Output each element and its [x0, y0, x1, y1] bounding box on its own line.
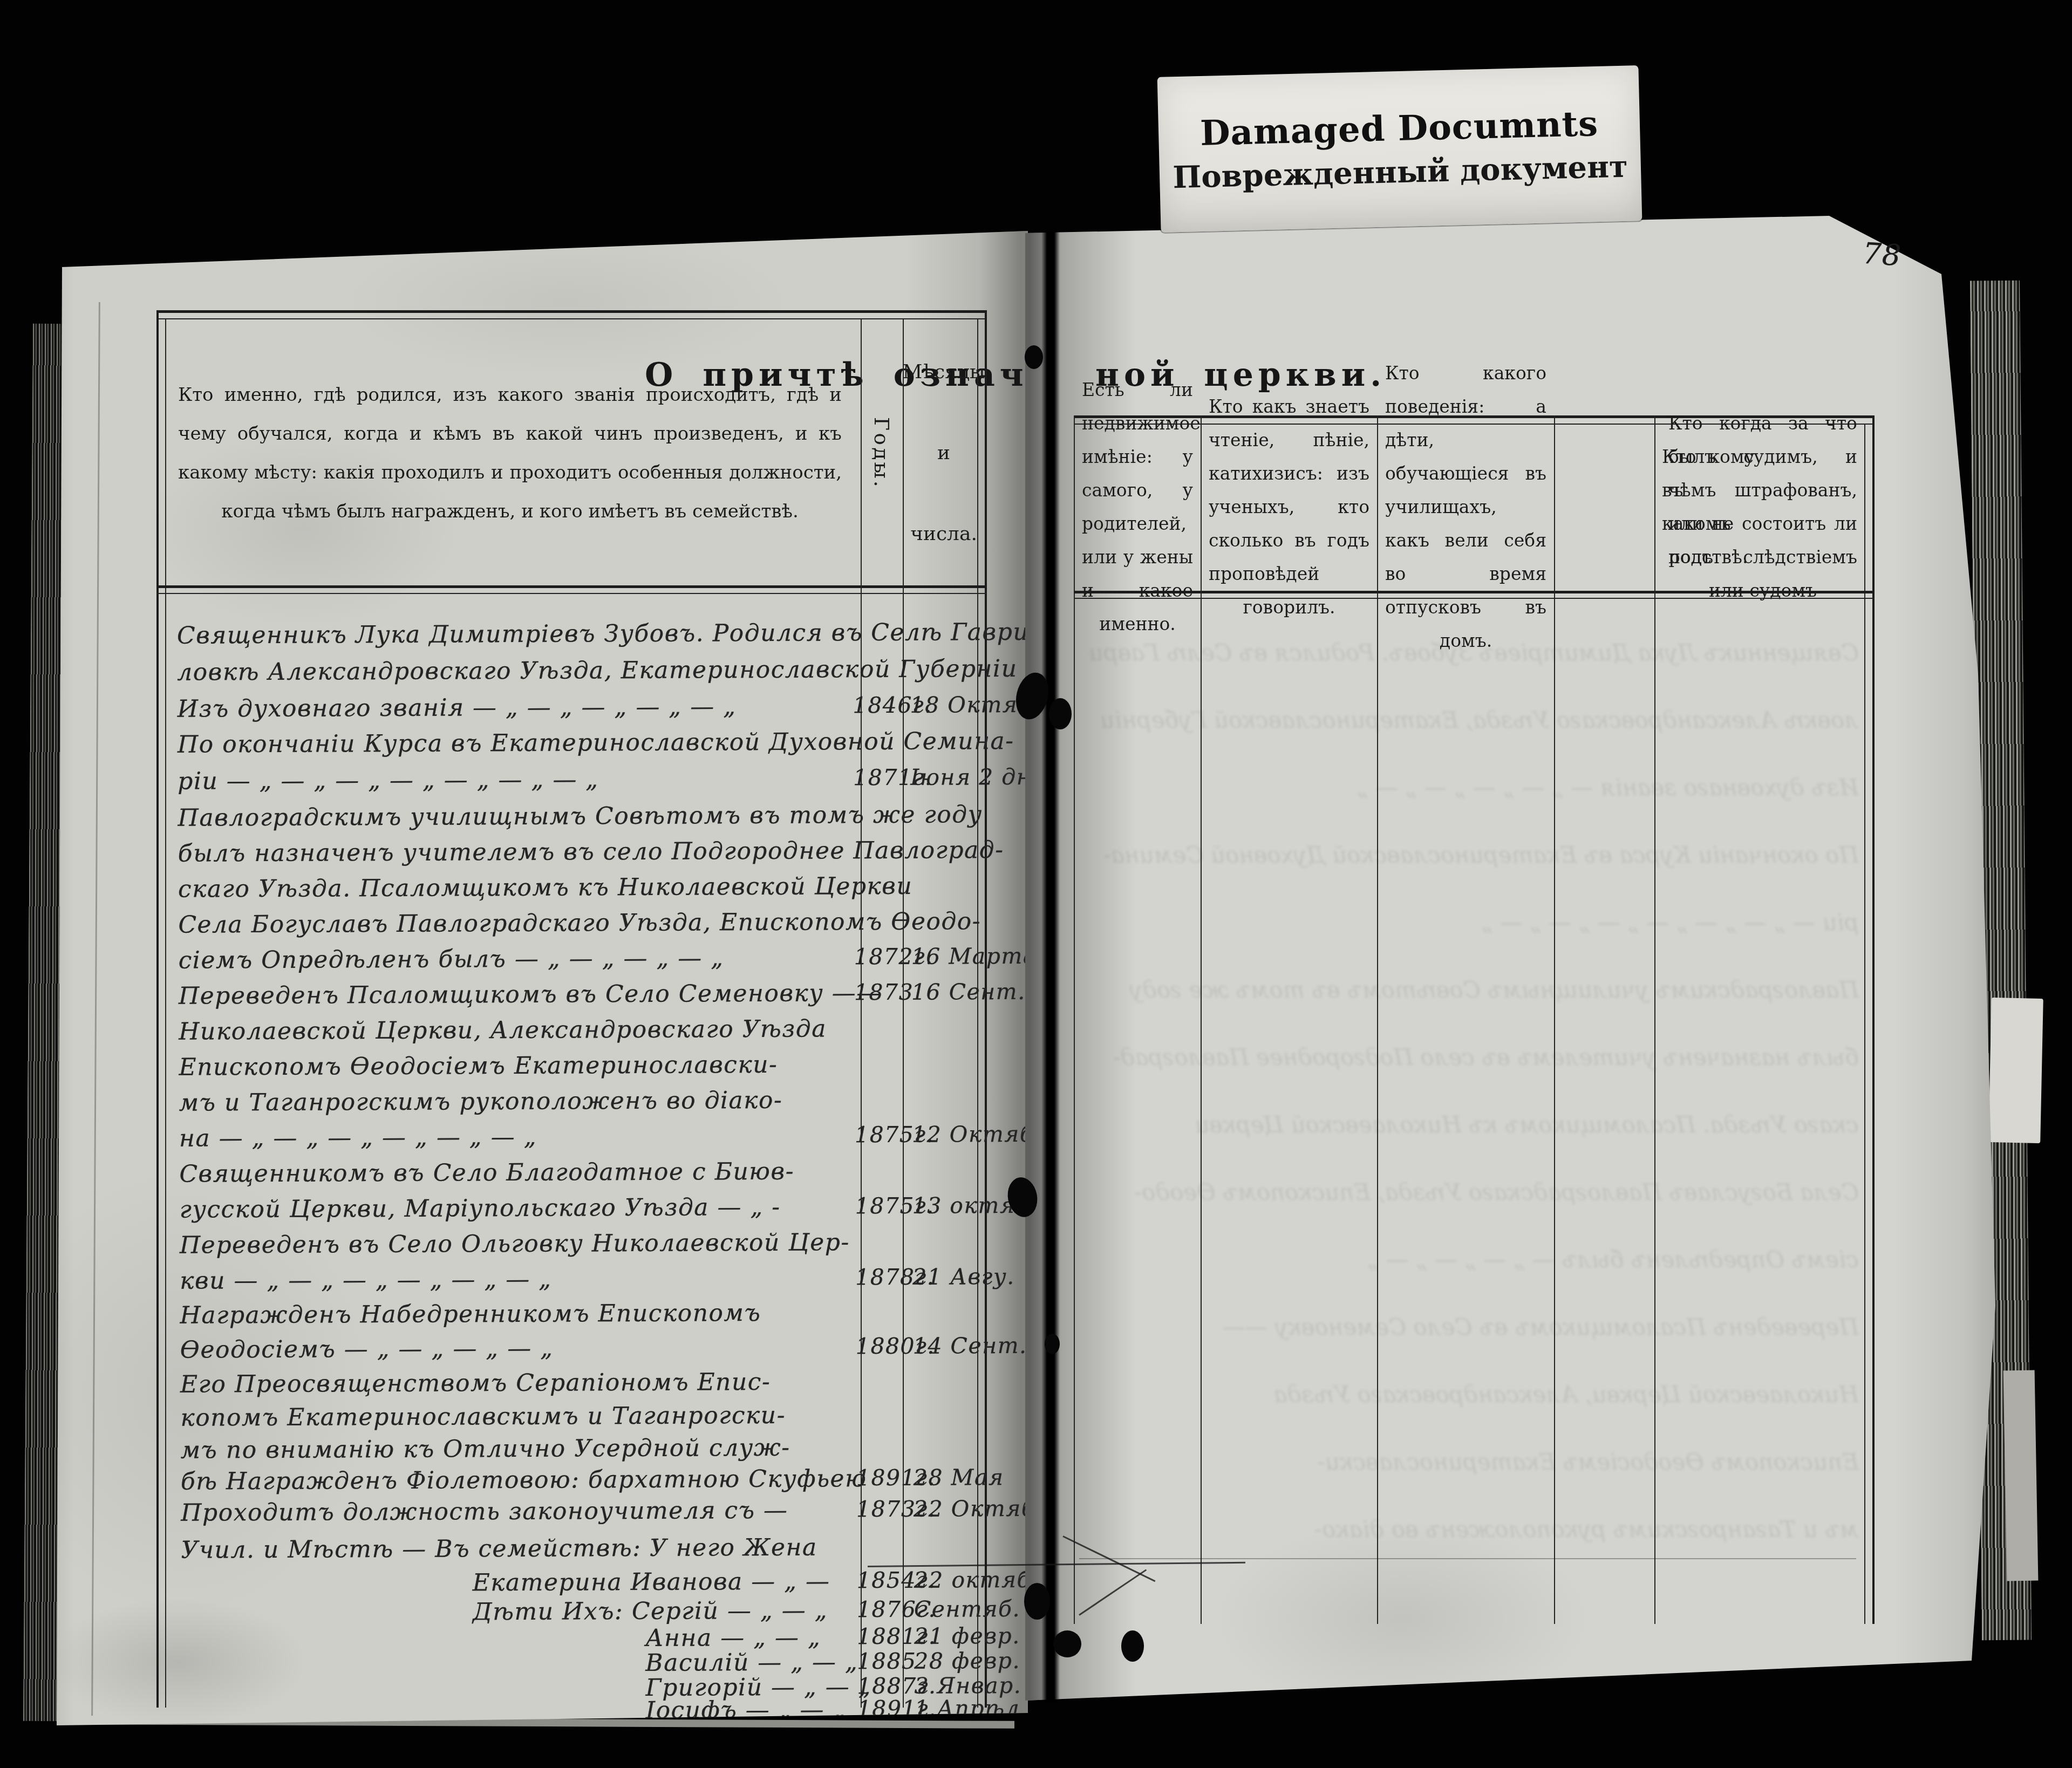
entry-text: Екатерина Иванова — „ — — [473, 1567, 830, 1596]
entry-text: Павлоградскимъ училищнымъ Совѣтомъ въ то… — [178, 801, 982, 832]
entry-date: 28 февр. — [914, 1648, 1020, 1674]
bleedthrough-text: Священникъ Лука Димитріевъ Зубовъ. Родил… — [1087, 639, 1859, 666]
rp-col-rule-4 — [1654, 415, 1655, 1624]
damaged-documents-label: Damaged Documnts Поврежденный документ — [1157, 65, 1642, 233]
entry-text: Священникомъ въ Село Благодатное с Биюв- — [179, 1158, 794, 1188]
folio-number: 78 — [1862, 236, 1903, 273]
bleedthrough-text: Епископомъ Ѳеодосіемъ Екатеринославски- — [1087, 1449, 1859, 1475]
binding-hole — [1024, 1583, 1050, 1620]
bleedthrough-text: ріи — „ — „ — „ — „ — „ — „ — „ — [1087, 909, 1859, 936]
left-page: О причтѣ означен Кто именно, гдѣ родился… — [0, 0, 1028, 1768]
entry-text: По окончаніи Курса въ Екатеринославской … — [178, 727, 1014, 759]
bleedthrough-text: Села Богуславъ Павлоградскаго Уѣзда, Епи… — [1087, 1179, 1859, 1205]
page-edge-sliver — [2003, 1370, 2039, 1581]
entry-text: Его Преосвященствомъ Серапіономъ Епис- — [180, 1368, 771, 1398]
register-line: Іосифъ — „ — „1891г.1 Апрѣл. — [4, 1695, 1029, 1738]
entry-text: Василій — „ — „ — [645, 1648, 858, 1677]
entry-date: 28 Мая — [914, 1464, 1004, 1491]
entry-text: Награжденъ Набедренникомъ Епископомъ — [180, 1299, 761, 1329]
rp-col-rule-2 — [1377, 415, 1378, 1624]
entry-text: ріи — „ — „ — „ — „ — „ — „ — „ — [178, 766, 599, 795]
entry-text: Переведенъ Псаломщикомъ въ Село Семеновк… — [179, 979, 881, 1010]
entry-date: 22 октяб. — [914, 1567, 1039, 1593]
rp-frame-right-rule-inner — [1864, 424, 1865, 1624]
rp-col-rule-1 — [1201, 415, 1202, 1624]
rp-frame-left-rule — [1074, 415, 1075, 1624]
rp-col-rule-3 — [1554, 415, 1555, 1624]
entry-text: Епископомъ Ѳеодосіемъ Екатеринославски- — [179, 1051, 778, 1081]
entry-text: сіемъ Опредѣленъ былъ — „ — „ — „ — „ — [179, 944, 724, 974]
entry-text: Анна — „ — „ — [645, 1624, 821, 1652]
entry-date: 16 Марта — [911, 943, 1037, 970]
bleedthrough-text: Павлоградскимъ училищнымъ Совѣтомъ въ то… — [1087, 977, 1859, 1003]
entry-text: Села Богуславъ Павлоградскаго Уѣзда, Епи… — [178, 907, 981, 938]
entry-text: на — „ — „ — „ — „ — „ — „ — [179, 1123, 537, 1152]
rp-frame-right-rule — [1872, 415, 1875, 1624]
entry-text: гусской Церкви, Маріупольскаго Уѣзда — „… — [180, 1193, 781, 1224]
bleedthrough-text: былъ назначенъ учителемъ въ село Подгоро… — [1087, 1044, 1859, 1070]
binding-hole — [1045, 1334, 1060, 1354]
entry-text: Ѳеодосіемъ — „ — „ — „ — „ — [180, 1335, 554, 1364]
bleedthrough-text: Переведенъ Псаломщикомъ въ Село Семеновк… — [1087, 1314, 1859, 1340]
entry-text: ловкѣ Александровскаго Уѣзда, Екатеринос… — [177, 655, 1017, 686]
bleedthrough-text: Николаевской Церкви, Александровскаго Уѣ… — [1087, 1381, 1859, 1408]
bleedthrough-text: ловкѣ Александровскаго Уѣзда, Екатеринос… — [1087, 707, 1859, 733]
binding-hole — [1025, 345, 1043, 369]
entry-date: 14 Сент. — [913, 1333, 1027, 1359]
protruding-page-tab — [1988, 998, 2043, 1143]
entry-text: Проходитъ должность законоучителя съ — — [181, 1497, 788, 1527]
entry-text: кви — „ — „ — „ — „ — „ — „ — [180, 1266, 552, 1295]
handwritten-entries: Священникъ Лука Димитріевъ Зубовъ. Родил… — [0, 0, 1032, 1768]
entry-text: мъ и Таганрогскимъ рукоположенъ во діако… — [179, 1087, 783, 1117]
entry-date: 21 февр. — [914, 1623, 1020, 1649]
rp-header-conduct: Кто какого поведенія: а дѣти, обучающіес… — [1385, 432, 1546, 583]
bleedthrough-text: сіемъ Опредѣленъ былъ — „ — „ — „ — „ — [1087, 1246, 1859, 1273]
label-text-english: Damaged Documnts — [1199, 104, 1599, 154]
entry-text: Изъ духовнаго званія — „ — „ — „ — „ — „ — [177, 693, 736, 723]
entry-text: скаго Уѣзда. Псаломщикомъ къ Николаевско… — [178, 872, 912, 903]
binding-hole — [1053, 1630, 1081, 1657]
entry-text: Переведенъ въ Село Ольговку Николаевской… — [180, 1228, 850, 1259]
bleedthrough-text: мъ и Таганрогскимъ рукоположенъ во діако… — [1087, 1516, 1859, 1542]
page-hole — [1121, 1630, 1144, 1662]
entry-date: 16 Сент. — [911, 979, 1026, 1005]
register-line: Проходитъ должность законоучителя съ —18… — [3, 1496, 1028, 1539]
entry-text: Дѣти Ихъ: Сергій — „ — „ — [473, 1596, 828, 1626]
scratch-line — [1079, 1558, 1856, 1559]
entry-text: Священникъ Лука Димитріевъ Зубовъ. Родил… — [177, 618, 1038, 650]
entry-text: бѣ Награжденъ Фіолетовою: бархатною Скуф… — [181, 1465, 867, 1496]
entry-text: Николаевской Церкви, Александровскаго Уѣ… — [179, 1015, 827, 1045]
entry-date: 21 Авгу. — [912, 1264, 1015, 1290]
right-page: ной церкви. Есть ли недвижимое имѣніе: у… — [1024, 0, 2072, 1768]
entry-text: Учил. и Мѣстѣ — Въ семействѣ: У него Жен… — [181, 1534, 817, 1564]
entry-year: 1873 — [854, 979, 914, 1005]
archival-book-scan: О причтѣ означен Кто именно, гдѣ родился… — [0, 0, 2072, 1768]
entry-text: мъ по вниманію къ Отлично Усердной служ- — [180, 1434, 790, 1464]
rp-header-judged: Кто когда за что былъ судимъ, и чѣмъ штр… — [1668, 432, 1857, 583]
bleedthrough-text: Изъ духовнаго званія — „ — „ — „ — „ — „ — [1087, 774, 1859, 801]
entry-text: копомъ Екатеринославскимъ и Таганрогски- — [180, 1402, 786, 1432]
entry-year: 1885 — [857, 1648, 917, 1674]
entry-date: 22 Октяб. — [914, 1496, 1044, 1522]
rp-header-knowledge: Кто какъ знаетъ чтеніе, пѣніе, катихизис… — [1209, 432, 1369, 583]
rp-header-property: Есть ли недвижимое имѣніе: у самого, у р… — [1082, 432, 1193, 583]
entry-text: былъ назначенъ учителемъ въ село Подгоро… — [178, 836, 1004, 868]
entry-date: 1 Апрѣл. — [915, 1695, 1028, 1722]
binding-hole — [1049, 698, 1072, 729]
bleedthrough-text: скаго Уѣзда. Псаломщикомъ къ Николаевско… — [1087, 1111, 1859, 1138]
entry-date: 12 Октяб. — [912, 1121, 1042, 1148]
book-gutter — [1041, 232, 1060, 1702]
bleedthrough-text: По окончаніи Курса въ Екатеринославской … — [1087, 842, 1859, 868]
label-text-russian: Поврежденный документ — [1173, 148, 1628, 195]
